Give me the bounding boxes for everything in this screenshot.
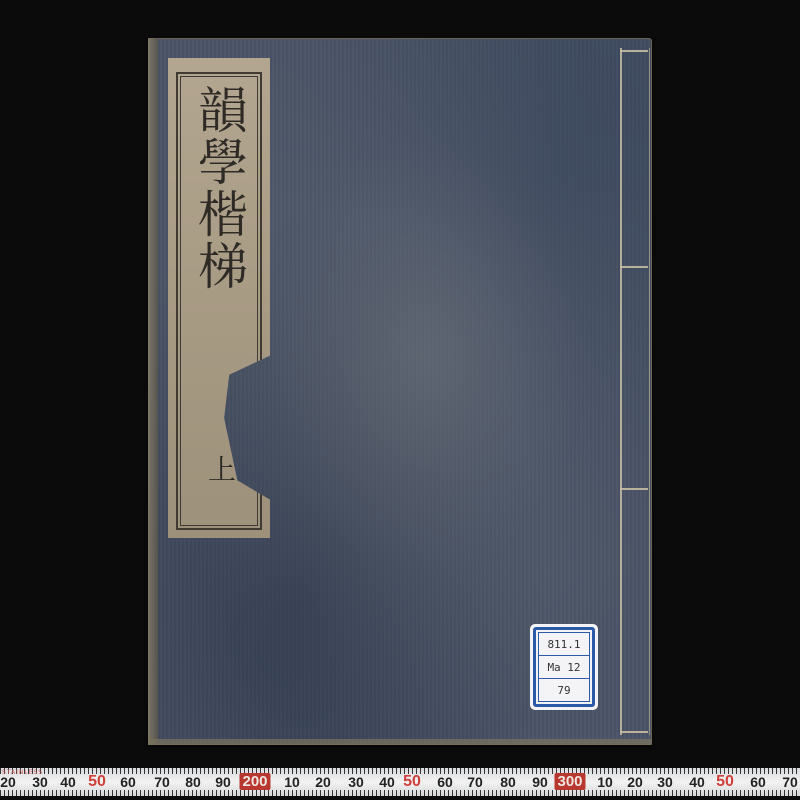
ruler-number: 30 [657,774,673,790]
ruler-number: 20 [0,774,16,790]
call-number-author: Ma 12 [539,656,589,679]
stitch-binding [614,38,652,745]
ruler-number: 40 [379,774,395,790]
stitch-thread [620,731,648,733]
title-slip: 韻學楷梯 上 [168,58,270,538]
library-call-number-label: 811.1 Ma 12 79 [530,624,598,710]
stitch-thread [620,488,648,490]
ruler-number: 10 [284,774,300,790]
ruler-number: 10 [597,774,613,790]
ruler-number: 90 [215,774,231,790]
ruler-number: 50 [88,773,106,791]
ruler-number: 80 [500,774,516,790]
call-number-class: 811.1 [539,633,589,656]
ruler-number: 40 [689,774,705,790]
call-number-volume: 79 [539,679,589,701]
book-title: 韻學楷梯 [190,84,250,292]
ruler-number: 50 [403,773,421,791]
ruler-ticks-bottom [0,790,800,796]
book-bottom-edge [148,739,652,745]
stitch-thread [620,50,648,52]
ruler-number: 300 [554,773,585,790]
binding-fold-line [620,48,622,735]
book-left-edge [148,38,158,745]
binding-outer-line [649,48,650,735]
ruler-number: 70 [467,774,483,790]
ruler-number: 60 [750,774,766,790]
ruler-number: 60 [120,774,136,790]
volume-mark: 上 [208,448,236,488]
ruler-number: 90 [532,774,548,790]
ruler-number: 70 [154,774,170,790]
ruler-number: 20 [315,774,331,790]
ruler-number: 40 [60,774,76,790]
ruler-number: 80 [185,774,201,790]
ruler-number: 30 [32,774,48,790]
ruler-number: 70 [782,774,798,790]
book-cover: 韻學楷梯 上 811.1 Ma 12 79 [148,38,652,745]
stitch-thread [620,266,648,268]
ruler-number: 50 [716,773,734,791]
ruler-number: 60 [437,774,453,790]
ruler-number: 20 [627,774,643,790]
ruler-number: 30 [348,774,364,790]
ruler-number: 200 [239,773,270,790]
measuring-tape: STAINLESS 203040506070809020010203040506… [0,768,800,796]
